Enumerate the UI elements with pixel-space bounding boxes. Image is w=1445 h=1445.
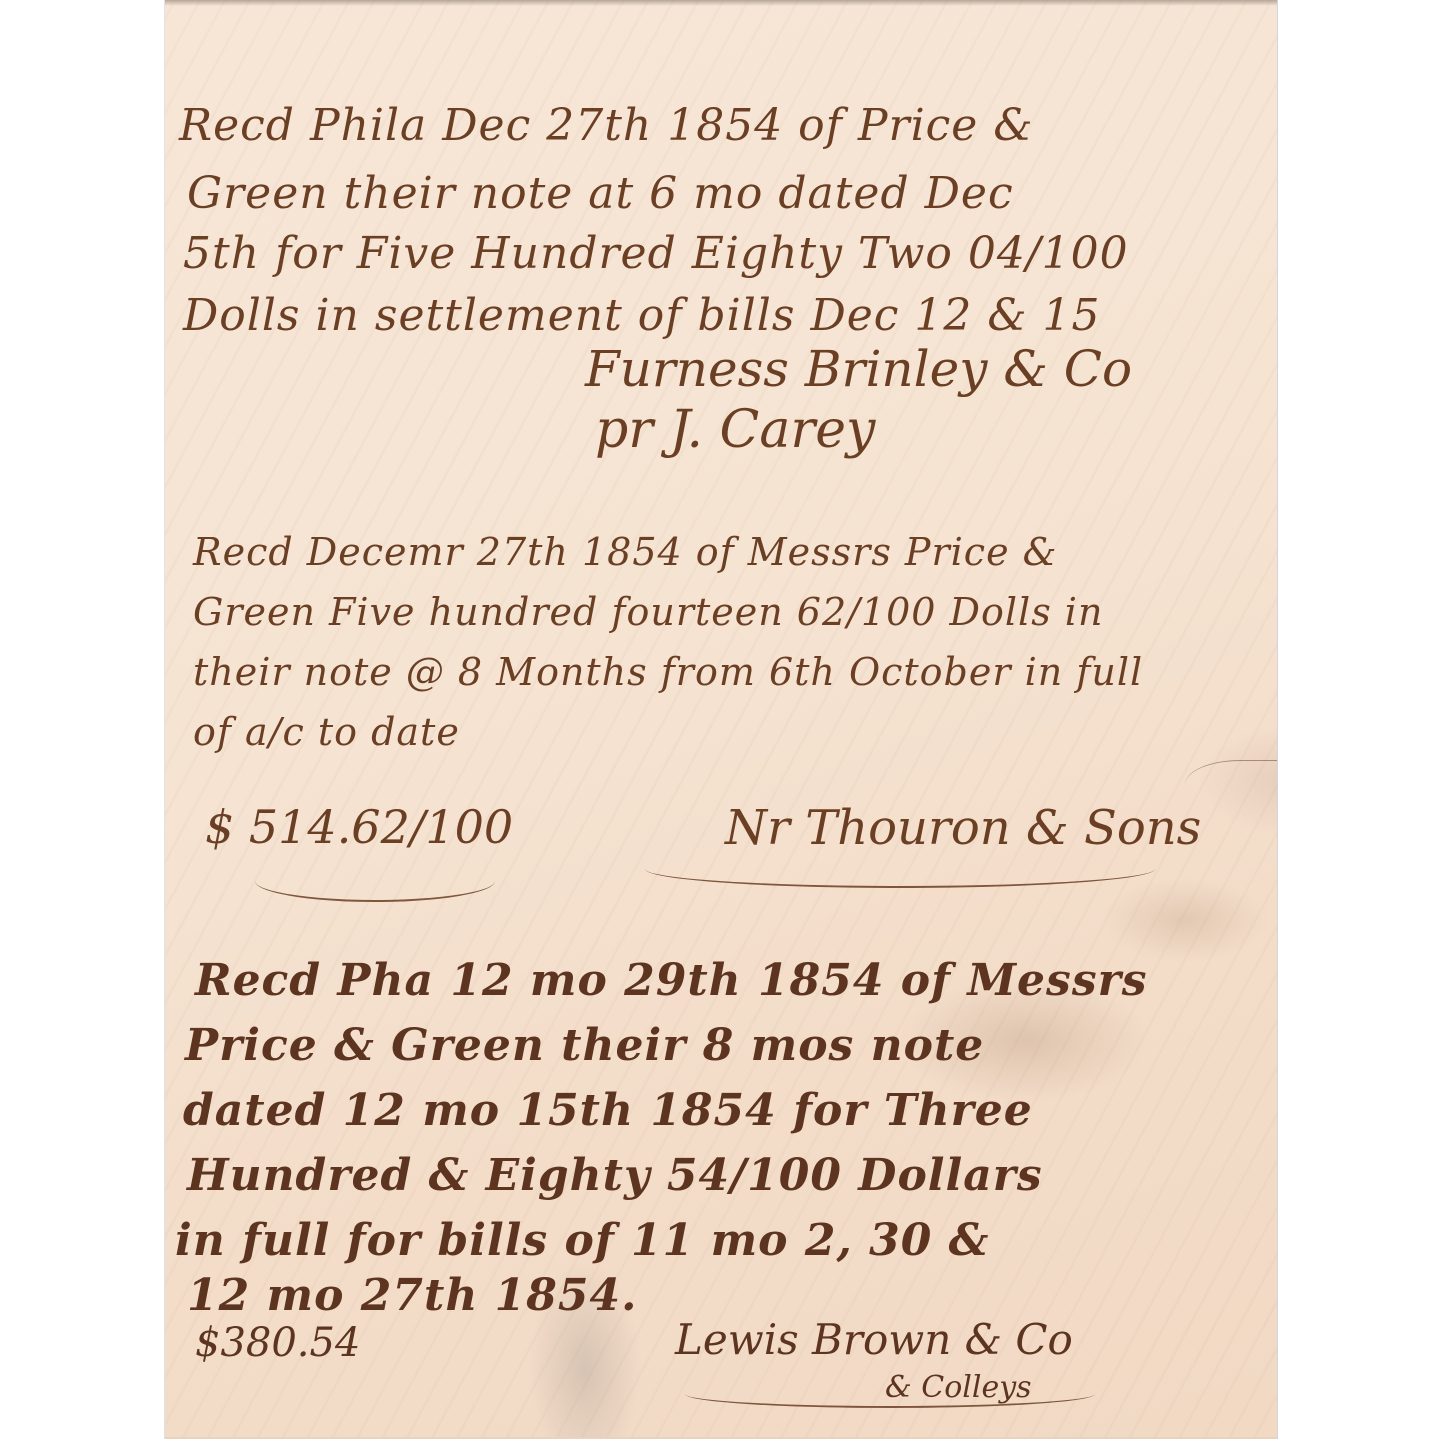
receipt-line: Recd Pha 12 mo 29th 1854 of Messrs: [195, 955, 1148, 1006]
amount-flourish: [255, 860, 495, 902]
signature-company: Furness Brinley & Co: [585, 340, 1132, 398]
signature-company: Nr Thouron & Sons: [725, 800, 1201, 856]
receipt-line: of a/c to date: [193, 710, 460, 754]
receipt-line: 12 mo 27th 1854.: [187, 1270, 637, 1321]
receipt-line: Price & Green their 8 mos note: [185, 1020, 984, 1071]
receipt-amount: $ 514.62/100: [205, 800, 513, 854]
receipt-line: 5th for Five Hundred Eighty Two 04/100: [183, 228, 1129, 279]
receipt-line: Hundred & Eighty 54/100 Dollars: [187, 1150, 1043, 1201]
receipt-line: dated 12 mo 15th 1854 for Three: [183, 1085, 1033, 1136]
signature-flourish: [645, 850, 1155, 888]
receipt-amount: $380.54: [195, 1320, 360, 1366]
receipt-line: their note @ 8 Months from 6th October i…: [193, 650, 1143, 694]
receipt-line: Recd Decemr 27th 1854 of Messrs Price &: [193, 530, 1057, 574]
receipt-line: in full for bills of 11 mo 2, 30 &: [175, 1215, 989, 1266]
receipt-line: Recd Phila Dec 27th 1854 of Price &: [179, 100, 1033, 151]
receipt-line: Green their note at 6 mo dated Dec: [187, 168, 1014, 219]
receipt-line: Green Five hundred fourteen 62/100 Dolls…: [193, 590, 1103, 634]
signature-flourish: [685, 1380, 1095, 1408]
signature-per: pr J. Carey: [595, 400, 875, 460]
document-page: Recd Phila Dec 27th 1854 of Price & Gree…: [165, 0, 1277, 1439]
receipt-line: Dolls in settlement of bills Dec 12 & 15: [183, 290, 1101, 341]
paper-tear: [1185, 760, 1277, 801]
signature-company: Lewis Brown & Co: [675, 1315, 1073, 1364]
